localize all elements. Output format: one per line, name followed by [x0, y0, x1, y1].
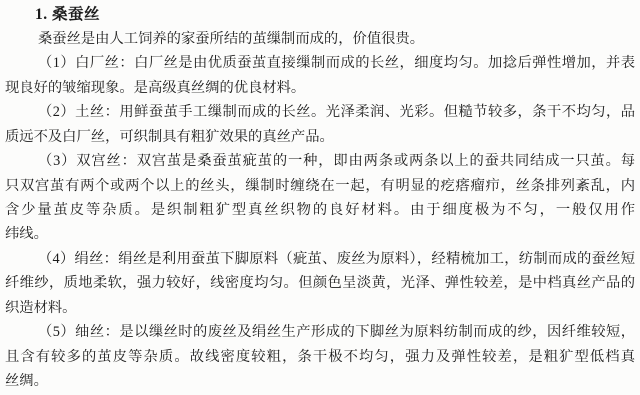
paragraph: （3）双宫丝：双宫茧是桑蚕茧疵茧的一种，即由两条或两条以上的蚕共同结成一只茧。每…: [5, 149, 635, 247]
text-line: 纤维纱，质地柔软，强力较好，线密度均匀。但颜色呈淡黄，光泽、弹性较差，是中档真丝…: [5, 271, 635, 295]
text-line: 现良好的皱缩现象。是高级真丝绸的优良材料。: [5, 76, 635, 100]
document-page: 1. 桑蚕丝 桑蚕丝是由人工饲养的家蚕所结的茧缫制而成的，价值很贵。（1）白厂丝…: [0, 0, 640, 395]
document-heading: 1. 桑蚕丝: [5, 3, 635, 27]
text-line: （2）土丝：用鲜蚕茧手工缫制而成的长丝。光泽柔润、光彩。但糙节较多，条干不均匀，…: [5, 100, 635, 124]
text-line: 且含有较多的茧皮等杂质。故线密度较粗，条干极不均匀，强力及弹性较差，是粗犷型低档…: [5, 345, 635, 369]
text-line: （3）双宫丝：双宫茧是桑蚕茧疵茧的一种，即由两条或两条以上的蚕共同结成一只茧。每: [5, 149, 635, 173]
text-line: 丝绸。: [5, 369, 635, 393]
text-line: 织造材料。: [5, 296, 635, 320]
text-line: （4）绢丝：绢丝是利用蚕茧下脚原料（疵茧、废丝为原料），经精梳加工，纺制而成的蚕…: [5, 247, 635, 271]
paragraph: （2）土丝：用鲜蚕茧手工缫制而成的长丝。光泽柔润、光彩。但糙节较多，条干不均匀，…: [5, 100, 635, 149]
paragraph: （5）䌷丝：是以缫丝时的废丝及绢丝生产形成的下脚丝为原料纺制而成的纱，因纤维较短…: [5, 320, 635, 393]
document-body: 桑蚕丝是由人工饲养的家蚕所结的茧缫制而成的，价值很贵。（1）白厂丝：白厂丝是由优…: [5, 27, 635, 394]
text-line: （1）白厂丝：白厂丝是由优质蚕茧直接缫制而成的长丝，细度均匀。加捻后弹性增加，并…: [5, 51, 635, 75]
text-line: 含少量茧皮等杂质。是织制粗犷型真丝织物的良好材料。由于细度极为不匀，一般仅用作: [5, 198, 635, 222]
text-line: （5）䌷丝：是以缫丝时的废丝及绢丝生产形成的下脚丝为原料纺制而成的纱，因纤维较短…: [5, 320, 635, 344]
text-line: 只双宫茧有两个或两个以上的丝头，缫制时缠绕在一起，有明显的疙瘩瘤疖，丝条排列紊乱…: [5, 174, 635, 198]
paragraph: （1）白厂丝：白厂丝是由优质蚕茧直接缫制而成的长丝，细度均匀。加捻后弹性增加，并…: [5, 51, 635, 100]
paragraph: 桑蚕丝是由人工饲养的家蚕所结的茧缫制而成的，价值很贵。: [5, 27, 635, 51]
text-line: 质远不及白厂丝，可织制具有粗犷效果的真丝产品。: [5, 125, 635, 149]
text-line: 纬线。: [5, 222, 635, 246]
text-line: 桑蚕丝是由人工饲养的家蚕所结的茧缫制而成的，价值很贵。: [5, 27, 635, 51]
paragraph: （4）绢丝：绢丝是利用蚕茧下脚原料（疵茧、废丝为原料），经精梳加工，纺制而成的蚕…: [5, 247, 635, 320]
